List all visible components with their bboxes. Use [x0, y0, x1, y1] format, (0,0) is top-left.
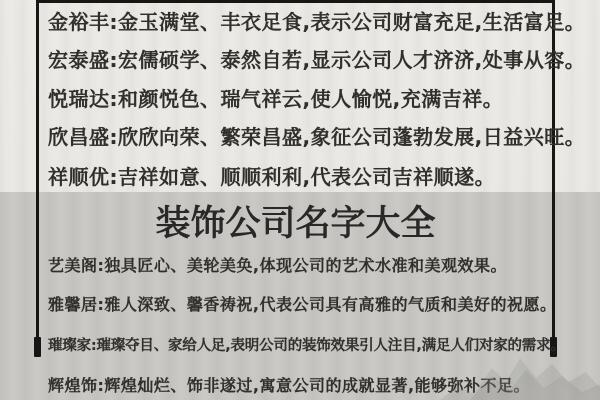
company-name-entry: 悦瑞达:和颜悦色、瑞气祥云,使人愉悦,充满吉祥。: [48, 83, 503, 112]
ink-mountain-icon: [440, 348, 600, 400]
company-name-entry: 艺美阁:独具匠心、美轮美奂,体现公司的艺术水准和美观效果。: [48, 253, 507, 276]
frame-top-border: [36, 0, 555, 3]
company-name-entry: 雅馨居:雅人深致、馨香祷祝,代表公司具有高雅的气质和美好的祝愿。: [48, 292, 556, 315]
company-name-entry: 金裕丰:金玉满堂、丰衣足食,表示公司财富充足,生活富足。: [48, 6, 585, 35]
company-name-entry: 祥顺优:吉祥如意、顺顺利利,代表公司吉祥顺遂。: [48, 161, 495, 190]
company-name-entry: 欣昌盛:欣欣向荣、繁荣昌盛,象征公司蓬勃发展,日益兴旺。: [48, 121, 585, 150]
page-title: 装饰公司名字大全: [36, 196, 555, 246]
article-image: 金裕丰:金玉满堂、丰衣足食,表示公司财富充足,生活富足。 宏泰盛:宏儒硕学、泰然…: [0, 0, 600, 400]
company-name-entry: 宏泰盛:宏儒硕学、泰然自若,显示公司人才济济,处事从容。: [48, 44, 585, 73]
frame-left-border: [36, 0, 39, 357]
